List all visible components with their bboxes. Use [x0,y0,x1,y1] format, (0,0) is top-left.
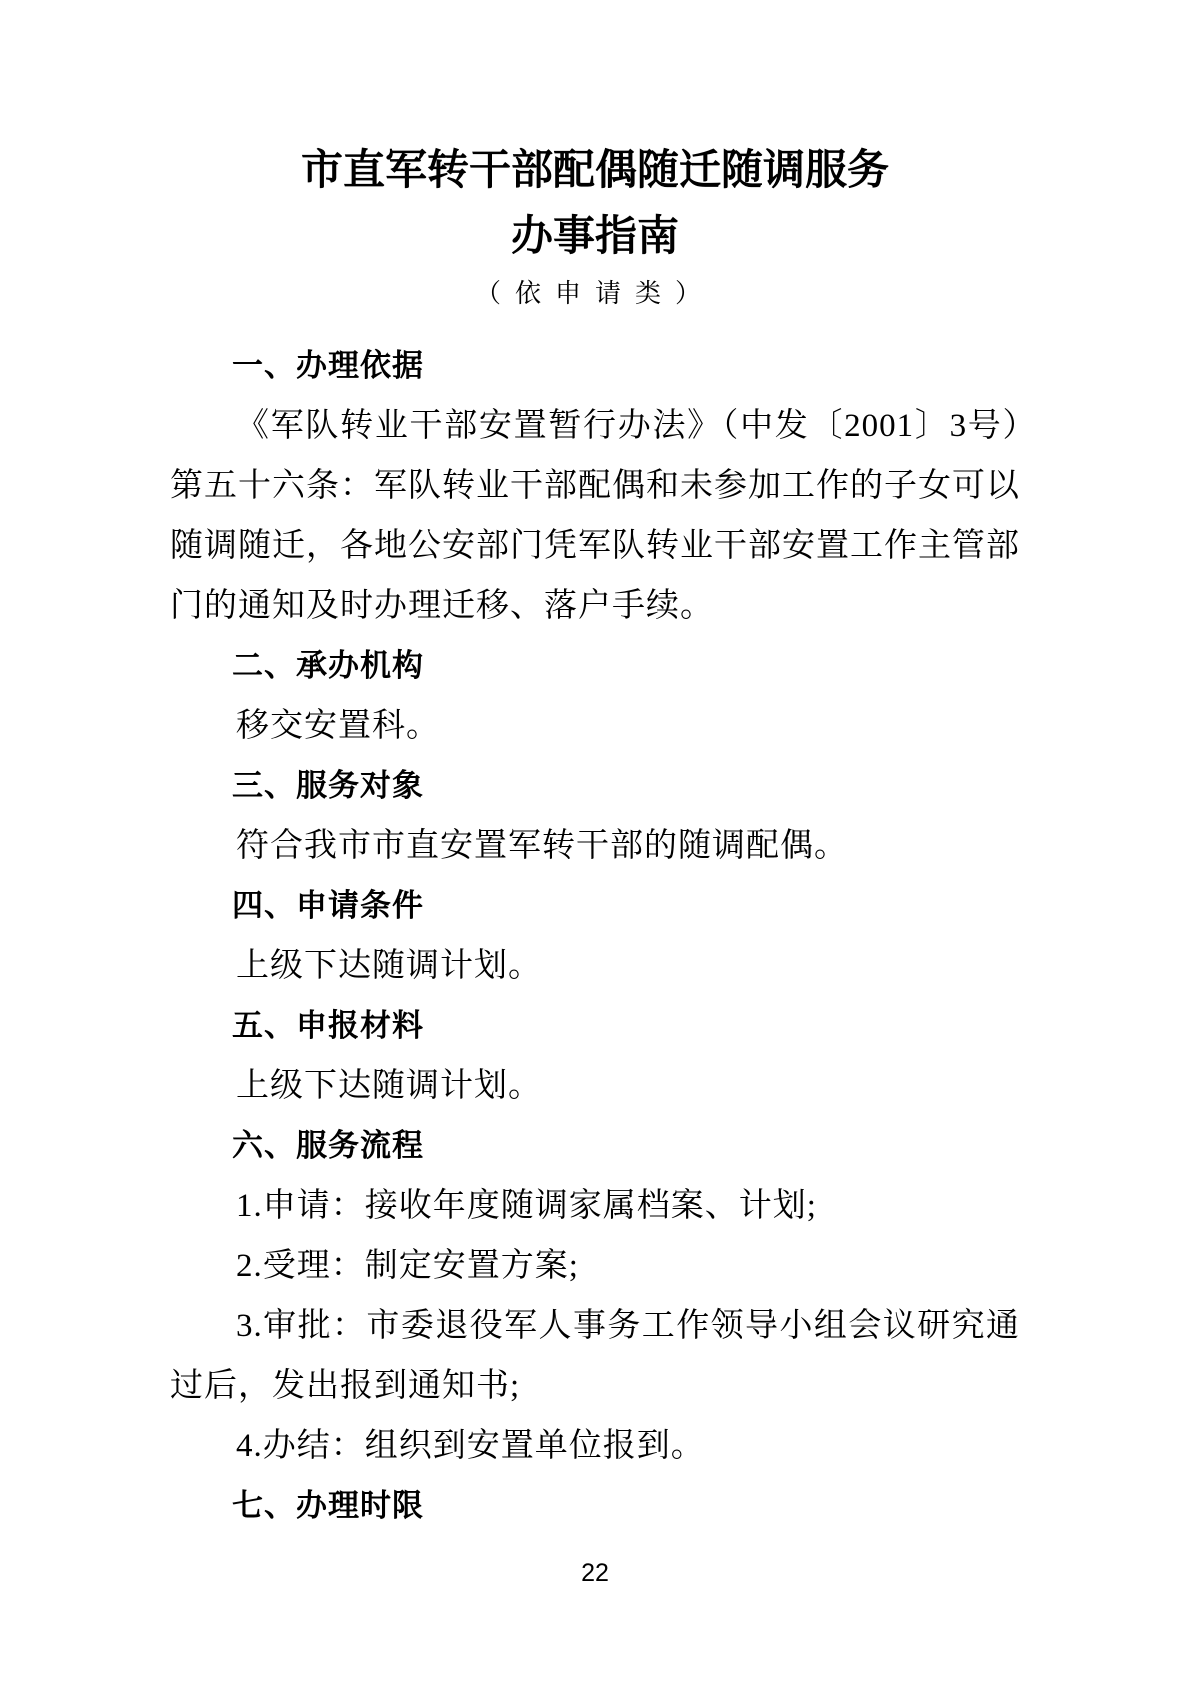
title-line-2: 办事指南 [170,204,1020,270]
section-heading-time-limit: 七、办理时限 [170,1476,1020,1536]
document-page: 市直军转干部配偶随迁随调服务 办事指南 （依申请类） 一、办理依据 《军队转业干… [0,0,1190,1683]
section-body-basis: 《军队转业干部安置暂行办法》（中发〔2001〕3号）第五十六条：军队转业干部配偶… [170,396,1020,636]
process-step-apply: 1.申请：接收年度随调家属档案、计划; [170,1176,1020,1236]
process-step-complete: 4.办结：组织到安置单位报到。 [170,1416,1020,1476]
page-number: 22 [0,1558,1190,1588]
section-heading-agency: 二、承办机构 [170,636,1020,696]
document-sections: 一、办理依据 《军队转业干部安置暂行办法》（中发〔2001〕3号）第五十六条：军… [170,336,1020,1536]
document-content: 市直军转干部配偶随迁随调服务 办事指南 （依申请类） 一、办理依据 《军队转业干… [170,0,1020,1536]
section-heading-basis: 一、办理依据 [170,336,1020,396]
document-subtitle: （依申请类） [170,274,1020,314]
section-heading-audience: 三、服务对象 [170,756,1020,816]
section-body-agency: 移交安置科。 [170,696,1020,756]
section-body-audience: 符合我市市直安置军转干部的随调配偶。 [170,816,1020,876]
section-heading-process: 六、服务流程 [170,1116,1020,1176]
process-step-accept: 2.受理：制定安置方案; [170,1236,1020,1296]
section-body-conditions: 上级下达随调计划。 [170,936,1020,996]
section-body-materials: 上级下达随调计划。 [170,1056,1020,1116]
section-heading-conditions: 四、申请条件 [170,876,1020,936]
process-step-approve: 3.审批：市委退役军人事务工作领导小组会议研究通过后，发出报到通知书; [170,1296,1020,1416]
title-line-1: 市直军转干部配偶随迁随调服务 [170,138,1020,204]
document-title: 市直军转干部配偶随迁随调服务 办事指南 [170,138,1020,270]
section-heading-materials: 五、申报材料 [170,996,1020,1056]
